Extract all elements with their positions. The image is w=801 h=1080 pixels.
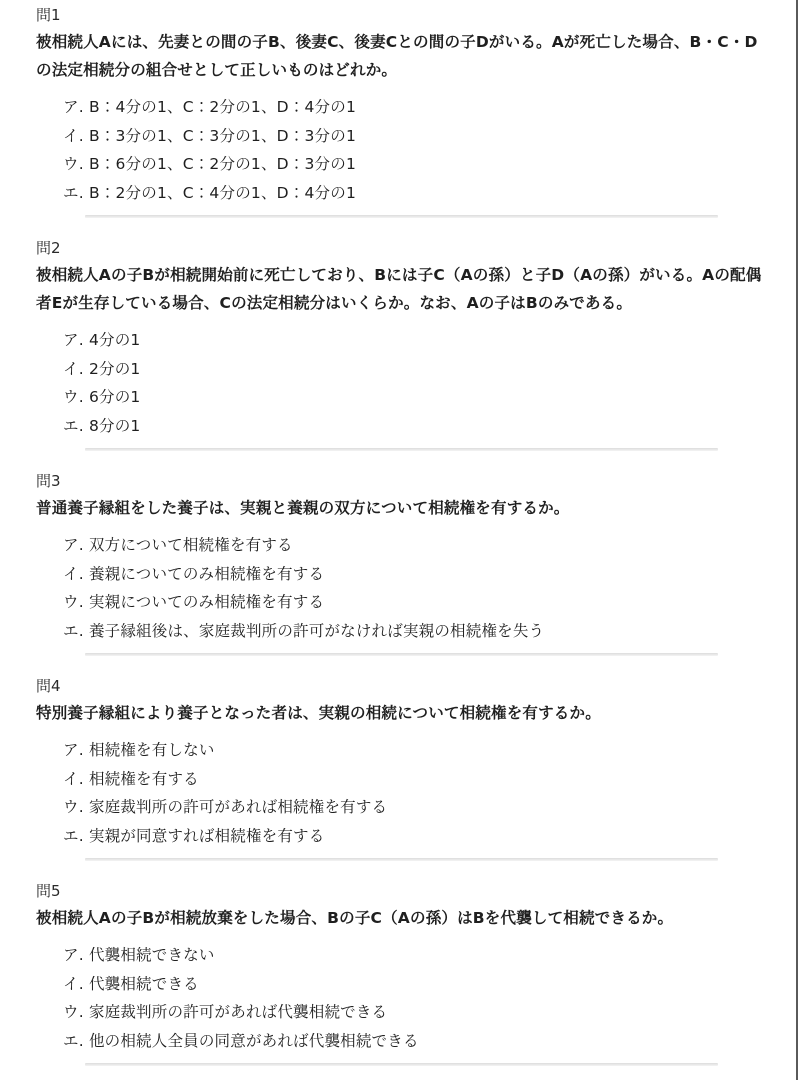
question-2-option-i: イ. 2分の1	[36, 355, 746, 384]
question-1: 問1 被相続人Aには、先妻との間の子B、後妻C、後妻Cとの間の子Dがいる。Aが死…	[36, 4, 801, 207]
question-3-body: 普通養子縁組をした養子は、実親と養親の双方について相続権を有するか。	[36, 494, 773, 522]
question-4-option-a: ア. 相続権を有しない	[36, 736, 746, 765]
question-5-number: 問5	[36, 880, 801, 902]
question-4-body: 特別養子縁組により養子となった者は、実親の相続について相続権を有するか。	[36, 699, 773, 727]
question-4-option-u: ウ. 家庭裁判所の許可があれば相続権を有する	[36, 793, 746, 822]
question-2-options: ア. 4分の1 イ. 2分の1 ウ. 6分の1 エ. 8分の1	[36, 326, 801, 440]
question-1-body: 被相続人Aには、先妻との間の子B、後妻C、後妻Cとの間の子Dがいる。Aが死亡した…	[36, 28, 773, 84]
question-2-number: 問2	[36, 237, 801, 259]
question-5-body: 被相続人Aの子Bが相続放棄をした場合、Bの子C（Aの孫）はBを代襲して相続できる…	[36, 904, 773, 932]
question-3-option-e: エ. 養子縁組後は、家庭裁判所の許可がなければ実親の相続権を失う	[36, 617, 746, 646]
question-divider	[85, 1063, 718, 1066]
question-3-option-u: ウ. 実親についてのみ相続権を有する	[36, 588, 746, 617]
question-1-option-i: イ. B：3分の1、C：3分の1、D：3分の1	[36, 122, 746, 151]
question-4-option-i: イ. 相続権を有する	[36, 765, 746, 794]
question-3-options: ア. 双方について相続権を有する イ. 養親についてのみ相続権を有する ウ. 実…	[36, 531, 801, 645]
question-2-body: 被相続人Aの子Bが相続開始前に死亡しており、Bには子C（Aの孫）と子D（Aの孫）…	[36, 261, 773, 317]
question-2-option-u: ウ. 6分の1	[36, 383, 746, 412]
question-5-option-u: ウ. 家庭裁判所の許可があれば代襲相続できる	[36, 998, 746, 1027]
question-divider	[85, 448, 718, 451]
question-4-option-e: エ. 実親が同意すれば相続権を有する	[36, 822, 746, 851]
question-5: 問5 被相続人Aの子Bが相続放棄をした場合、Bの子C（Aの孫）はBを代襲して相続…	[36, 880, 801, 1055]
question-1-options: ア. B：4分の1、C：2分の1、D：4分の1 イ. B：3分の1、C：3分の1…	[36, 93, 801, 207]
question-2-option-a: ア. 4分の1	[36, 326, 746, 355]
question-2: 問2 被相続人Aの子Bが相続開始前に死亡しており、Bには子C（Aの孫）と子D（A…	[36, 237, 801, 440]
question-4: 問4 特別養子縁組により養子となった者は、実親の相続について相続権を有するか。 …	[36, 675, 801, 850]
question-3-option-a: ア. 双方について相続権を有する	[36, 531, 746, 560]
question-5-option-a: ア. 代襲相続できない	[36, 941, 746, 970]
question-3-option-i: イ. 養親についてのみ相続権を有する	[36, 560, 746, 589]
question-divider	[85, 215, 718, 218]
question-1-number: 問1	[36, 4, 801, 26]
question-divider	[85, 858, 718, 861]
question-3: 問3 普通養子縁組をした養子は、実親と養親の双方について相続権を有するか。 ア.…	[36, 470, 801, 645]
question-4-options: ア. 相続権を有しない イ. 相続権を有する ウ. 家庭裁判所の許可があれば相続…	[36, 736, 801, 850]
question-4-number: 問4	[36, 675, 801, 697]
question-3-number: 問3	[36, 470, 801, 492]
question-2-option-e: エ. 8分の1	[36, 412, 746, 441]
question-5-option-e: エ. 他の相続人全員の同意があれば代襲相続できる	[36, 1027, 746, 1056]
question-divider	[85, 653, 718, 656]
question-1-option-u: ウ. B：6分の1、C：2分の1、D：3分の1	[36, 150, 746, 179]
question-5-option-i: イ. 代襲相続できる	[36, 970, 746, 999]
right-edge-border	[796, 0, 798, 1080]
question-1-option-a: ア. B：4分の1、C：2分の1、D：4分の1	[36, 93, 746, 122]
quiz-document-page: 問1 被相続人Aには、先妻との間の子B、後妻C、後妻Cとの間の子Dがいる。Aが死…	[0, 0, 801, 1080]
question-5-options: ア. 代襲相続できない イ. 代襲相続できる ウ. 家庭裁判所の許可があれば代襲…	[36, 941, 801, 1055]
question-1-option-e: エ. B：2分の1、C：4分の1、D：4分の1	[36, 179, 746, 208]
